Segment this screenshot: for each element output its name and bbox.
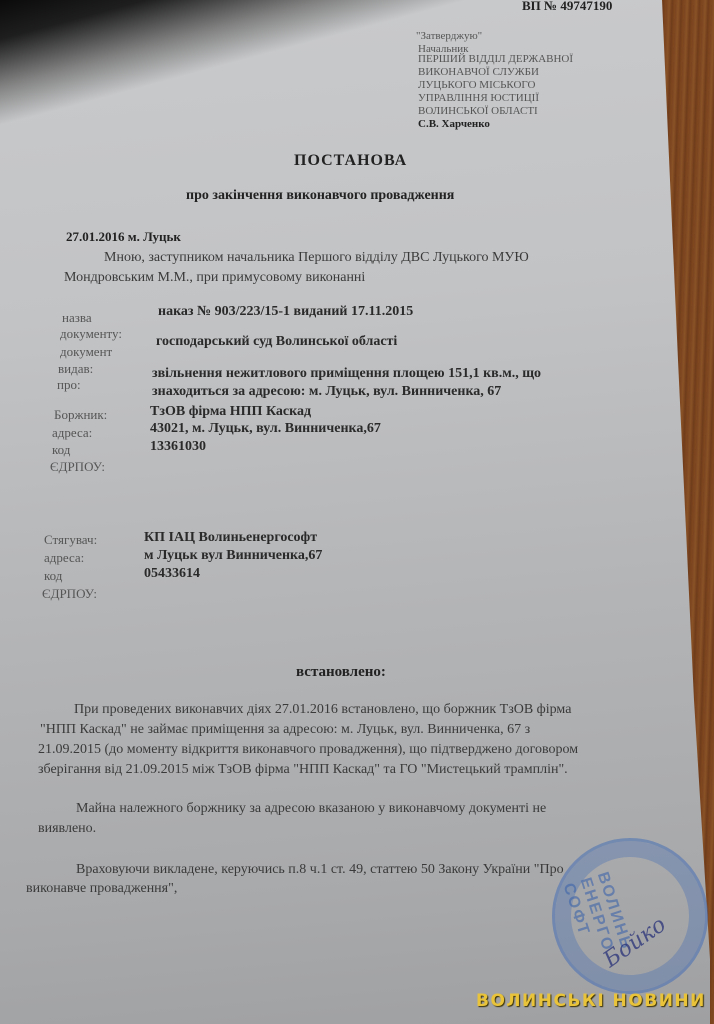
approval-org-line: ВОЛИНСЬКОЇ ОБЛАСТІ [418, 105, 538, 118]
label-creditor-code: ЄДРПОУ: [42, 586, 97, 602]
label-doc-name: документу: [60, 326, 122, 342]
intro-line: Мондровським М.М., при примусовому викон… [64, 270, 365, 286]
paragraph-line: При проведених виконавчих діях 27.01.201… [74, 702, 571, 718]
value-debtor-address: 43021, м. Луцьк, вул. Винниченка,67 [150, 421, 381, 437]
label-creditor-address: адреса: [44, 550, 84, 566]
approval-label: "Затверджую" [416, 30, 482, 43]
value-debtor: ТзОВ фірма НПП Каскад [150, 404, 311, 420]
value-about: знаходиться за адресою: м. Луцьк, вул. В… [152, 384, 501, 400]
value-issuer: господарський суд Волинської області [156, 334, 397, 350]
approval-org-line: ПЕРШИЙ ВІДДІЛ ДЕРЖАВНОЇ [418, 53, 573, 66]
label-creditor: Стягувач: [44, 532, 97, 548]
label-creditor-code: код [44, 568, 62, 584]
label-issuer: видав: [58, 361, 93, 377]
value-creditor: КП ІАЦ Волиньенергософт [144, 530, 317, 546]
document-title: ПОСТАНОВА [294, 152, 407, 170]
paragraph-line: зберігання від 21.09.2015 між ТзОВ фірма… [38, 762, 568, 778]
approval-org-line: УПРАВЛІННЯ ЮСТИЦІЇ [418, 92, 539, 105]
date-place: 27.01.2016 м. Луцьк [66, 229, 181, 245]
label-debtor: Боржник: [54, 407, 107, 423]
case-number: ВП № 49747190 [522, 0, 612, 14]
intro-line: Мною, заступником начальника Першого від… [104, 250, 529, 266]
value-doc-name: наказ № 903/223/15-1 виданий 17.11.2015 [158, 304, 413, 320]
value-debtor-code: 13361030 [150, 439, 206, 455]
approval-org-line: ЛУЦЬКОГО МІСЬКОГО [418, 79, 535, 92]
paragraph-line: 21.09.2015 (до моменту відкриття виконав… [38, 742, 578, 758]
value-about: звільнення нежитлового приміщення площею… [152, 366, 541, 382]
label-doc-name: назва [62, 310, 92, 326]
approval-org-line: ВИКОНАВЧОЇ СЛУЖБИ [418, 66, 539, 79]
paragraph-line: Враховуючи викладене, керуючись п.8 ч.1 … [76, 862, 564, 878]
label-about: про: [57, 377, 81, 393]
label-debtor-code: ЄДРПОУ: [50, 459, 105, 475]
label-issuer: документ [60, 344, 112, 360]
paragraph-line: "НПП Каскад" не займає приміщення за адр… [40, 722, 530, 738]
paragraph-line: виконавче провадження", [26, 881, 177, 897]
established-heading: встановлено: [296, 664, 386, 681]
label-debtor-code: код [52, 442, 70, 458]
label-debtor-address: адреса: [52, 425, 92, 441]
value-creditor-address: м Луцьк вул Винниченка,67 [144, 548, 322, 564]
paragraph-line: Майна належного боржнику за адресою вказ… [76, 801, 546, 817]
value-creditor-code: 05433614 [144, 566, 200, 582]
paragraph-line: виявлено. [38, 821, 96, 837]
document-subtitle: про закінчення виконавчого провадження [186, 188, 454, 204]
approval-signatory: С.В. Харченко [418, 118, 490, 130]
watermark-logo: ВОЛИНСЬКІ НОВИНИ [476, 991, 706, 1011]
